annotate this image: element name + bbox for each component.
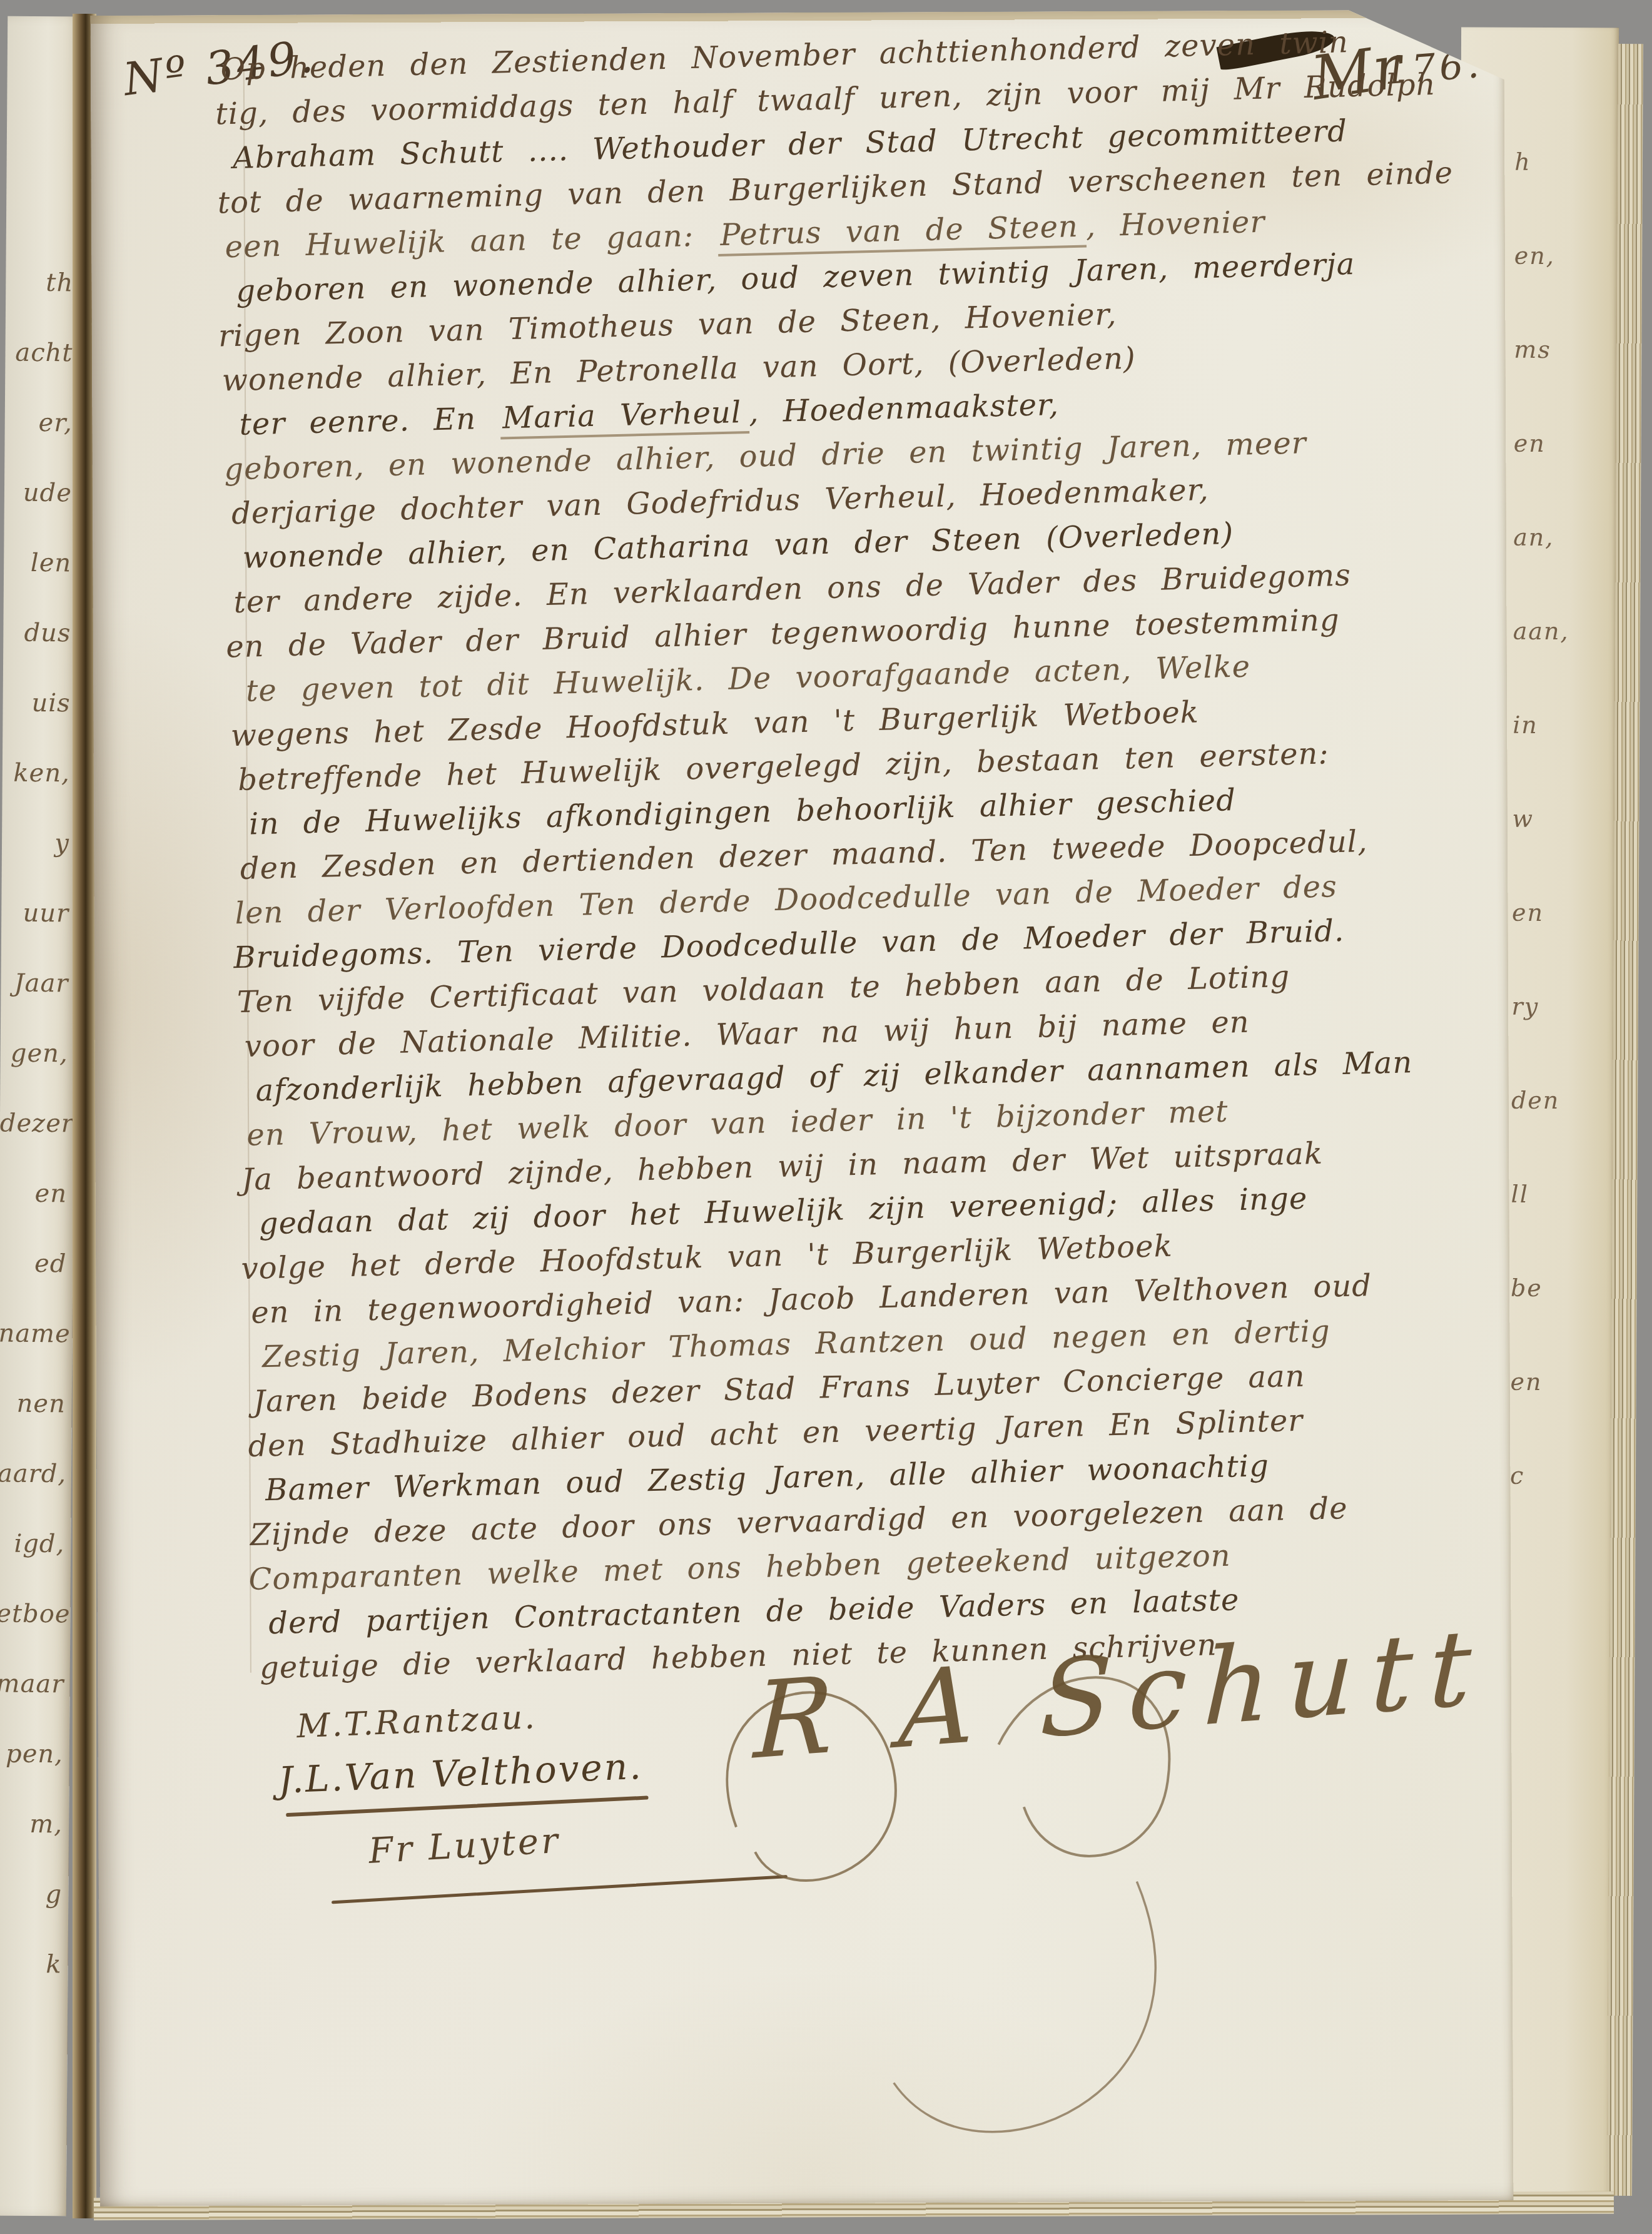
left-page-text-fragment: aard,: [0, 1439, 71, 1510]
next-page-text-fragment: h: [1514, 115, 1619, 210]
left-page-text-fragment: dus: [3, 598, 78, 669]
left-page-text-fragment: y: [2, 808, 76, 879]
book-photograph: thachter,udelendusuisken,yuurJaargen,dez…: [0, 0, 1652, 2234]
next-page-text-fragment: be: [1511, 1241, 1615, 1336]
left-page-text-fragment: len: [4, 528, 78, 599]
previous-page-edge: thachter,udelendusuisken,yuurJaargen,dez…: [0, 16, 81, 2216]
left-page-text-fragment: name: [0, 1299, 73, 1369]
act-text-body: Op heden den Zestienden November achttie…: [214, 18, 1511, 1691]
next-page-text-fragment: in: [1513, 678, 1617, 773]
left-page-text-fragment: gen,: [0, 1018, 74, 1089]
witness-signature-rantzau: M.T.Rantzau.: [296, 1698, 537, 1745]
next-page-text-fragment: aan,: [1513, 584, 1617, 679]
left-page-text-fragment: pen,: [0, 1719, 69, 1790]
marriage-record-page: Nº 349. Mr 176. Op heden den Zestienden …: [90, 9, 1513, 2206]
underlined-name: Petrus van de Steen: [717, 209, 1087, 256]
left-page-text-fragment: th: [6, 248, 80, 318]
next-page-text-fragment: en: [1513, 397, 1618, 491]
left-page-text-fragment: ed: [0, 1229, 73, 1299]
left-page-text-fragment: er,: [4, 388, 79, 459]
left-page-text-fragment: igd,: [0, 1509, 71, 1580]
next-page-text-fragment: ll: [1511, 1147, 1615, 1242]
next-page-text-fragment: en: [1512, 866, 1616, 960]
left-page-text-fragment: ken,: [2, 738, 76, 809]
left-page-text-fragment: m,: [0, 1789, 69, 1860]
underlined-name: Maria Verheul: [499, 395, 749, 440]
left-page-text-fragment: g: [0, 1859, 69, 1930]
left-page-text-fragment: ude: [4, 458, 79, 529]
next-page-text-fragment: ms: [1514, 303, 1618, 397]
left-page-text-fragment: k: [0, 1929, 68, 2000]
left-page-text-fragment: en: [0, 1159, 74, 1229]
next-page-text-fragment: w: [1512, 772, 1616, 866]
left-page-text-fragment: uis: [3, 668, 77, 739]
next-page-text-fragment: ry: [1511, 960, 1616, 1054]
left-page-text-fragment: nen: [0, 1369, 72, 1439]
next-page-text-fragment: den: [1511, 1054, 1616, 1148]
witness-signature-velthoven: J.L.Van Velthoven.: [278, 1745, 644, 1802]
next-page-text-fragment: en,: [1514, 209, 1619, 303]
left-page-text-fragment: etboek: [0, 1579, 71, 1650]
next-page-text-fragment: c: [1510, 1429, 1614, 1523]
left-page-text-fragment: Jaar: [1, 948, 75, 1019]
next-page-text-fragment: en: [1510, 1335, 1614, 1429]
left-page-text-fragment: dezer: [0, 1089, 74, 1159]
next-page-text-fragment: an,: [1513, 490, 1618, 585]
witness-signature-luyter: Fr Luyter: [368, 1820, 562, 1872]
left-page-text-fragment: maar: [0, 1649, 70, 1720]
left-page-text-fragment: acht: [5, 318, 79, 388]
left-page-text-fragment: uur: [1, 878, 76, 949]
